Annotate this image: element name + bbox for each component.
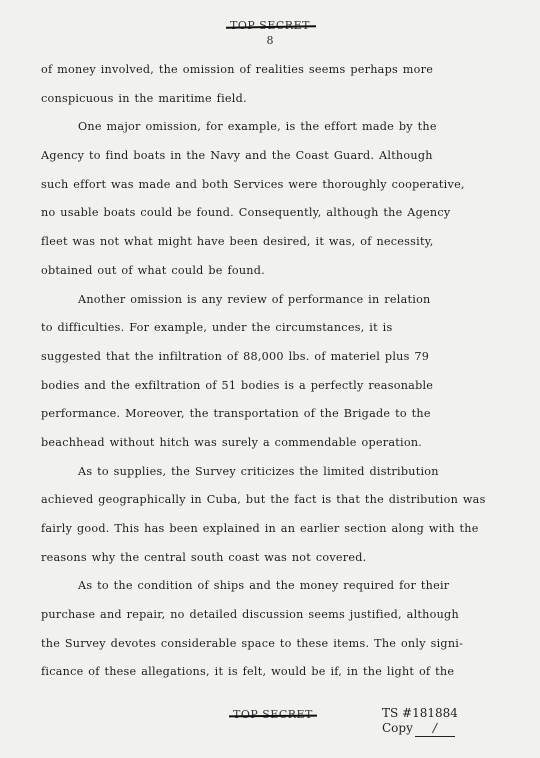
header-classification-marking: TOP SECRET [230, 19, 310, 32]
text-line: of money involved, the omission of reali… [41, 62, 511, 91]
copy-line: Copy/ [382, 721, 458, 737]
copy-label: Copy [382, 721, 413, 735]
text-line: obtained out of what could be found. [41, 263, 511, 292]
text-line: Agency to find boats in the Navy and the… [41, 148, 511, 177]
page-header: TOP SECRET 8 [0, 14, 540, 47]
text-line: performance. Moreover, the transportatio… [41, 406, 511, 435]
text-line: As to supplies, the Survey criticizes th… [41, 464, 511, 493]
page-number: 8 [0, 34, 540, 47]
text-line: conspicuous in the maritime field. [41, 91, 511, 120]
text-line: ficance of these allegations, it is felt… [41, 664, 511, 693]
control-block: TS #181884 Copy/ [382, 706, 458, 737]
text-line: purchase and repair, no detailed discuss… [41, 607, 511, 636]
text-line: to difficulties. For example, under the … [41, 320, 511, 349]
document-body: of money involved, the omission of reali… [41, 62, 511, 693]
text-line: As to the condition of ships and the mon… [41, 578, 511, 607]
text-line: beachhead without hitch was surely a com… [41, 435, 511, 464]
text-line: One major omission, for example, is the … [41, 119, 511, 148]
footer-classification-marking: TOP SECRET [233, 708, 313, 721]
text-line: fleet was not what might have been desir… [41, 234, 511, 263]
text-line: bodies and the exfiltration of 51 bodies… [41, 378, 511, 407]
text-line: suggested that the infiltration of 88,00… [41, 349, 511, 378]
control-number: TS #181884 [382, 706, 458, 721]
text-line: Another omission is any review of perfor… [41, 292, 511, 321]
text-line: achieved geographically in Cuba, but the… [41, 492, 511, 521]
text-line: the Survey devotes considerable space to… [41, 636, 511, 665]
text-line: reasons why the central south coast was … [41, 550, 511, 579]
text-line: fairly good. This has been explained in … [41, 521, 511, 550]
copy-number: / [415, 721, 455, 737]
text-line: such effort was made and both Services w… [41, 177, 511, 206]
text-line: no usable boats could be found. Conseque… [41, 205, 511, 234]
